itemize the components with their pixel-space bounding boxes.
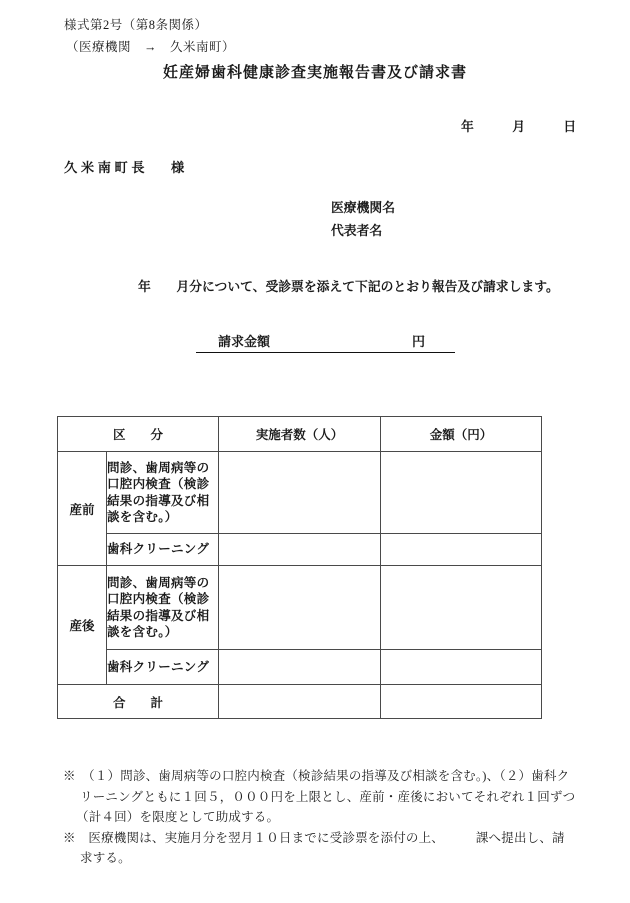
item-prenatal-cleaning: 歯科クリーニング (107, 534, 219, 566)
cell-prenatal-exam-amount (381, 452, 542, 534)
date-line: 年 月 日 (461, 116, 576, 135)
addressee: 久 米 南 町 長 様 (64, 157, 184, 176)
cell-total-participants (219, 685, 381, 719)
footnote-line: 求する。 (63, 848, 608, 869)
cell-postnatal-exam-participants (219, 566, 381, 650)
table-row: 歯科クリーニング (58, 650, 542, 685)
item-postnatal-exam: 問診、歯周病等の口腔内検査（検診結果の指導及び相談を含む。） (107, 566, 219, 650)
report-statement: 年 月分について、受診票を添えて下記のとおり報告及び請求します。 (138, 276, 559, 295)
item-prenatal-exam: 問診、歯周病等の口腔内検査（検診結果の指導及び相談を含む。） (107, 452, 219, 534)
report-table: 区 分 実施者数（人） 金額（円） 産前 問診、歯周病等の口腔内検査（検診結果の… (57, 416, 542, 719)
claim-amount-unit: 円 (412, 331, 425, 350)
claim-amount-label: 請求金額 (218, 331, 270, 350)
group-label-postnatal: 産後 (58, 566, 107, 685)
cell-prenatal-cleaning-participants (219, 534, 381, 566)
table-row: 産後 問診、歯周病等の口腔内検査（検診結果の指導及び相談を含む。） (58, 566, 542, 650)
routing-note: （医療機関 → 久米南町） (66, 37, 235, 55)
footnote-line: ※ 医療機関は、実施月分を翌月１０日までに受診票を添付の上、 課へ提出し、請 (63, 828, 608, 849)
claim-amount-line: 請求金額 円 (196, 331, 455, 353)
cell-postnatal-cleaning-amount (381, 650, 542, 685)
cell-prenatal-cleaning-amount (381, 534, 542, 566)
table-header-row: 区 分 実施者数（人） 金額（円） (58, 417, 542, 452)
table-row: 歯科クリーニング (58, 534, 542, 566)
institution-name-label: 医療機関名 (331, 197, 395, 216)
total-label: 合 計 (58, 685, 219, 719)
table-row: 産前 問診、歯周病等の口腔内検査（検診結果の指導及び相談を含む。） (58, 452, 542, 534)
cell-prenatal-exam-participants (219, 452, 381, 534)
form-number: 様式第2号（第8条関係） (64, 15, 208, 33)
table-total-row: 合 計 (58, 685, 542, 719)
header-category: 区 分 (58, 417, 219, 452)
footnote-line: ※ （１）問診、歯周病等の口腔内検査（検診結果の指導及び相談を含む。)、（２）歯… (63, 766, 608, 787)
cell-postnatal-cleaning-participants (219, 650, 381, 685)
group-label-prenatal: 産前 (58, 452, 107, 566)
document-title: 妊産婦歯科健康診査実施報告書及び請求書 (0, 61, 630, 82)
header-amount: 金額（円） (381, 417, 542, 452)
footnote-line: （計４回）を限度として助成する。 (63, 807, 608, 828)
footnotes: ※ （１）問診、歯周病等の口腔内検査（検診結果の指導及び相談を含む。)、（２）歯… (63, 766, 608, 869)
cell-total-amount (381, 685, 542, 719)
item-postnatal-cleaning: 歯科クリーニング (107, 650, 219, 685)
header-participants: 実施者数（人） (219, 417, 381, 452)
footnote-line: リーニングともに１回５，０００円を上限とし、産前・産後においてそれぞれ１回ずつ (63, 787, 608, 808)
cell-postnatal-exam-amount (381, 566, 542, 650)
representative-name-label: 代表者名 (331, 220, 382, 239)
document-page: 様式第2号（第8条関係） （医療機関 → 久米南町） 妊産婦歯科健康診査実施報告… (0, 0, 630, 903)
